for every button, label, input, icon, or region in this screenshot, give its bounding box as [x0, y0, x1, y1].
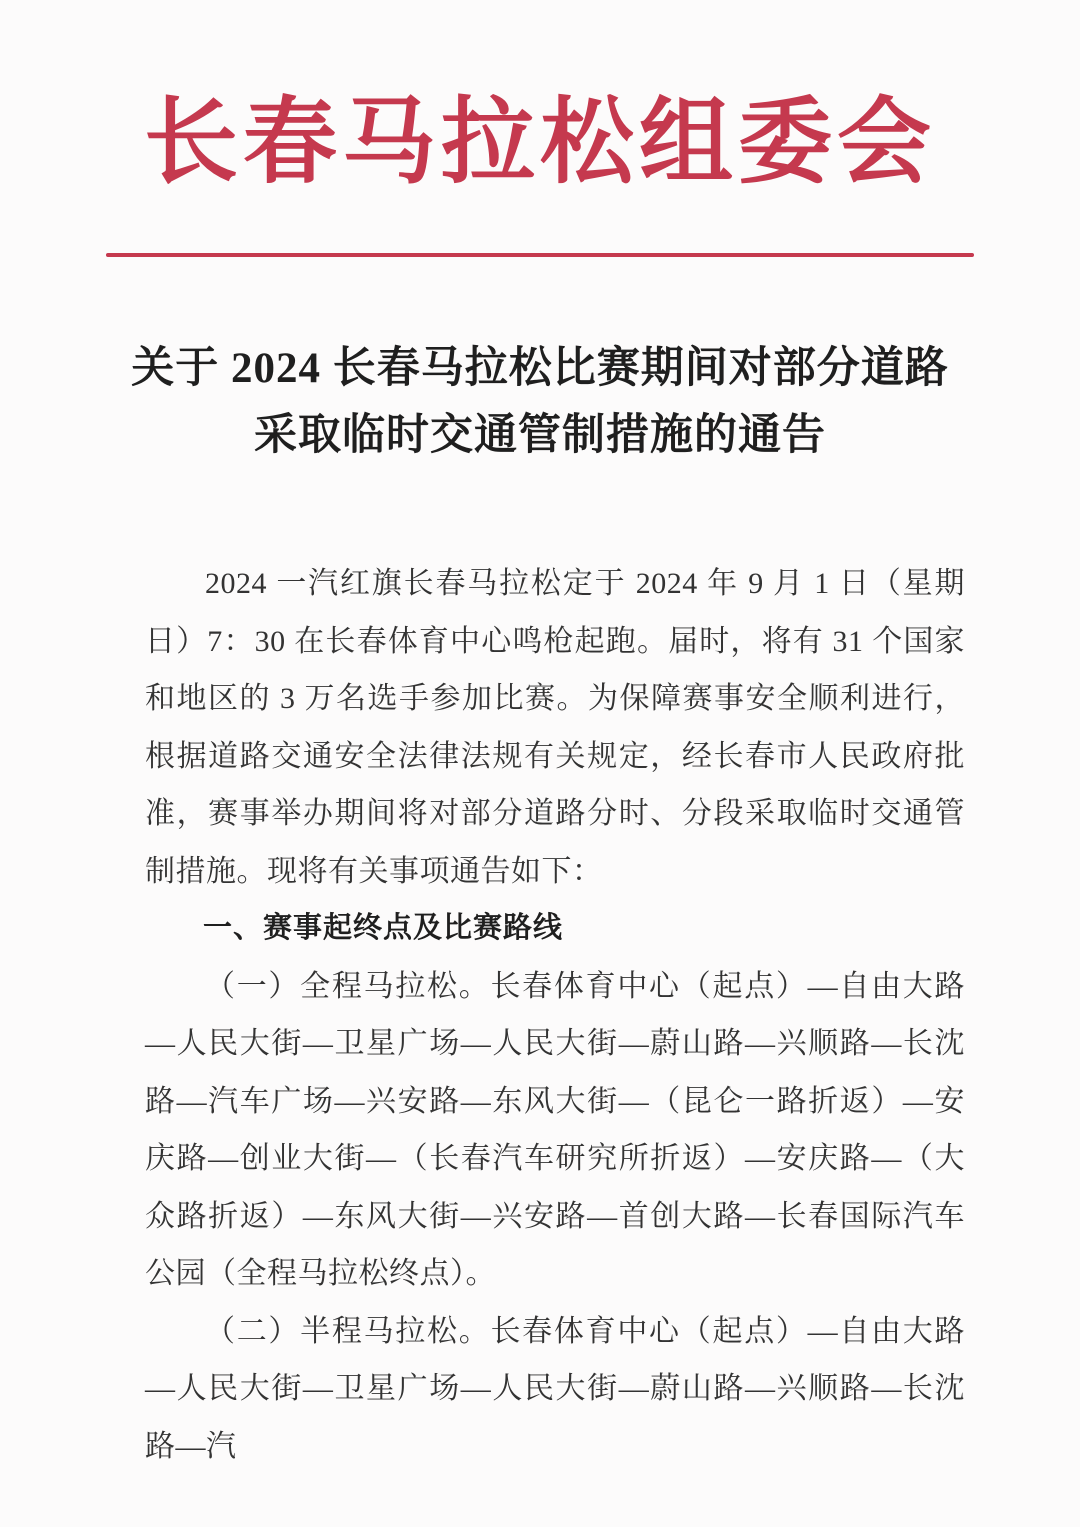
notice-title-line-2: 采取临时交通管制措施的通告 [254, 412, 826, 459]
notice-document-page: 长春马拉松组委会 关于 2024 长春马拉松比赛期间对部分道路 采取临时交通管制… [0, 0, 1080, 1527]
paragraph-half-marathon-route: （二）半程马拉松。长春体育中心（起点）—自由大路—人民大街—卫星广场—人民大街—… [145, 1303, 965, 1476]
notice-body: 2024 一汽红旗长春马拉松定于 2024 年 9 月 1 日（星期日）7：30… [145, 555, 965, 1475]
paragraph-full-marathon-route: （一）全程马拉松。长春体育中心（起点）—自由大路—人民大街—卫星广场—人民大街—… [145, 958, 965, 1303]
paragraph-intro: 2024 一汽红旗长春马拉松定于 2024 年 9 月 1 日（星期日）7：30… [145, 555, 965, 900]
letterhead-divider-line [106, 253, 974, 257]
section-heading-race-route: 一、赛事起终点及比赛路线 [145, 900, 965, 958]
notice-title-line-1: 关于 2024 长春马拉松比赛期间对部分道路 [131, 345, 949, 392]
letterhead-org-name: 长春马拉松组委会 [0, 0, 1080, 213]
notice-title: 关于 2024 长春马拉松比赛期间对部分道路 采取临时交通管制措施的通告 [0, 335, 1080, 469]
